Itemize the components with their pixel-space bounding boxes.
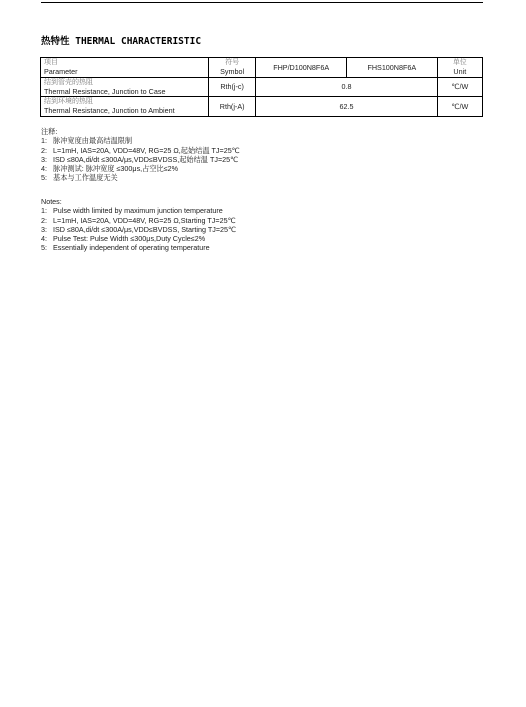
header-model-1: FHP/D100N8F6A [256, 58, 347, 78]
row-symbol: Rth(j-A) [208, 97, 255, 117]
note-item: 2:L=1mH, IAS=20A, VDD=48V, RG=25 Ω,起始结温 … [41, 146, 240, 155]
table-header-row: 项目 Parameter 符号 Symbol FHP/D100N8F6A FHS… [41, 58, 483, 78]
row-value: 62.5 [256, 97, 437, 117]
header-unit-cn: 单位 [441, 58, 479, 67]
header-parameter-cn: 项目 [44, 58, 205, 67]
row-parameter-cn: 结到环境的热阻 [44, 97, 205, 106]
note-item: 4:脉冲测试: 脉冲宽度 ≤300μs,占空比≤2% [41, 164, 240, 173]
row-parameter: 结到管壳的热阻 Thermal Resistance, Junction to … [41, 77, 209, 97]
header-parameter: 项目 Parameter [41, 58, 209, 78]
note-item: 1:Pulse width limited by maximum junctio… [41, 206, 236, 215]
note-item: 3:ISD ≤80A,di/dt ≤300A/μs,VDD≤BVDSS,起始结温… [41, 155, 240, 164]
note-item: 5:基本与工作温度无关 [41, 173, 240, 182]
row-unit: ℃/W [437, 77, 482, 97]
notes-chinese: 注释: 1:脉冲宽度由最高结温限制 2:L=1mH, IAS=20A, VDD=… [41, 127, 240, 183]
row-parameter-cn: 结到管壳的热阻 [44, 78, 205, 87]
notes-english: Notes: 1:Pulse width limited by maximum … [41, 197, 236, 253]
header-unit: 单位 Unit [437, 58, 482, 78]
header-parameter-en: Parameter [44, 67, 205, 76]
row-parameter-en: Thermal Resistance, Junction to Case [44, 87, 205, 96]
note-item: 4:Pulse Test: Pulse Width ≤300μs,Duty Cy… [41, 234, 236, 243]
notes-en-heading: Notes: [41, 197, 236, 206]
thermal-characteristics-table: 项目 Parameter 符号 Symbol FHP/D100N8F6A FHS… [40, 57, 483, 117]
row-value: 0.8 [256, 77, 437, 97]
row-unit: ℃/W [437, 97, 482, 117]
table-row: 结到环境的热阻 Thermal Resistance, Junction to … [41, 97, 483, 117]
header-symbol: 符号 Symbol [208, 58, 255, 78]
header-unit-en: Unit [441, 67, 479, 76]
row-symbol: Rth(j-c) [208, 77, 255, 97]
note-item: 3:ISD ≤80A,di/dt ≤300A/μs,VDD≤BVDSS, Sta… [41, 225, 236, 234]
header-symbol-en: Symbol [212, 67, 252, 76]
note-item: 2:L=1mH, IAS=20A, VDD=48V, RG=25 Ω,Start… [41, 216, 236, 225]
table-row: 结到管壳的热阻 Thermal Resistance, Junction to … [41, 77, 483, 97]
header-model-2: FHS100N8F6A [346, 58, 437, 78]
note-item: 1:脉冲宽度由最高结温限制 [41, 136, 240, 145]
notes-cn-heading: 注释: [41, 127, 240, 136]
note-item: 5:Essentially independent of operating t… [41, 243, 236, 252]
header-symbol-cn: 符号 [212, 58, 252, 67]
row-parameter-en: Thermal Resistance, Junction to Ambient [44, 106, 205, 115]
header-rule [41, 2, 483, 3]
section-title: 热特性 THERMAL CHARACTERISTIC [41, 33, 201, 47]
row-parameter: 结到环境的热阻 Thermal Resistance, Junction to … [41, 97, 209, 117]
